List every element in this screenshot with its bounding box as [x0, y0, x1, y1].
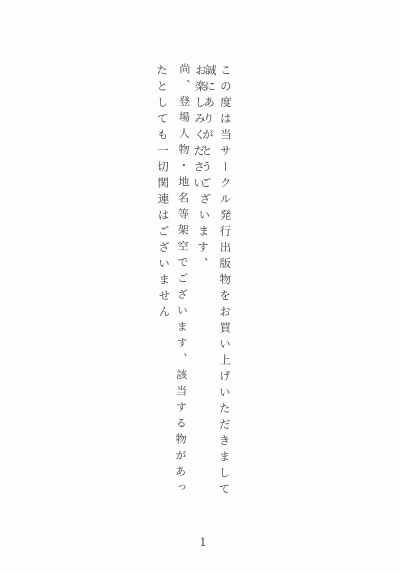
vertical-text-column-1: この度は当サークル発行出版物をお買い上げいただきまして: [217, 64, 233, 499]
vertical-text-column-3: お楽しみください: [192, 64, 208, 193]
vertical-text-column-4: 尚、登場人物・地名等架空でございます、該当する物があっ: [172, 63, 191, 498]
vertical-text-column-5: たとしても一切関連はございません: [155, 64, 172, 322]
document-page: この度は当サークル発行出版物をお買い上げいただきまして 誠にありがとうございます…: [0, 0, 400, 574]
page-number: 1: [196, 536, 210, 549]
